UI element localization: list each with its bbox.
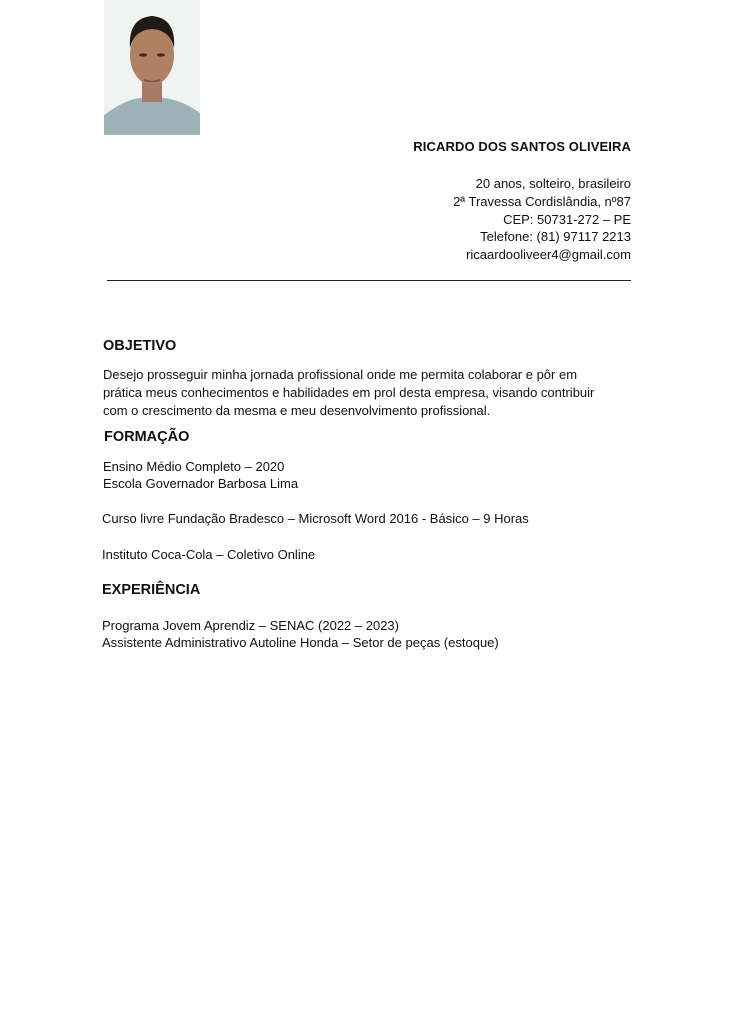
- formacao-item: Instituto Coca-Cola – Coletivo Online: [102, 546, 315, 564]
- formacao-item: Escola Governador Barbosa Lima: [103, 475, 298, 493]
- objetivo-heading: OBJETIVO: [103, 338, 176, 354]
- postal-code: CEP: 50731-272 – PE: [453, 211, 631, 229]
- formacao-heading: FORMAÇÃO: [104, 429, 189, 445]
- phone: Telefone: (81) 97117 2213: [453, 228, 631, 246]
- objetivo-line: prática meus conhecimentos e habilidades…: [103, 384, 594, 402]
- profile-photo: [104, 0, 200, 135]
- experiencia-item: Programa Jovem Aprendiz – SENAC (2022 – …: [102, 617, 399, 635]
- address: 2ª Travessa Cordislândia, nº87: [453, 193, 631, 211]
- experiencia-heading: EXPERIÊNCIA: [102, 582, 200, 598]
- objetivo-line: Desejo prosseguir minha jornada profissi…: [103, 366, 594, 384]
- formacao-item: Curso livre Fundação Bradesco – Microsof…: [102, 510, 529, 528]
- objetivo-text: Desejo prosseguir minha jornada profissi…: [103, 366, 594, 419]
- header-divider: [107, 280, 631, 281]
- objetivo-line: com o crescimento da mesma e meu desenvo…: [103, 402, 594, 420]
- candidate-name: RICARDO DOS SANTOS OLIVEIRA: [413, 139, 631, 154]
- email: ricaardooliveer4@gmail.com: [453, 246, 631, 264]
- experiencia-item: Assistente Administrativo Autoline Honda…: [102, 634, 499, 652]
- formacao-item: Ensino Médio Completo – 2020: [103, 458, 284, 476]
- personal-info: 20 anos, solteiro, brasileiro: [453, 175, 631, 193]
- contact-info: 20 anos, solteiro, brasileiro 2ª Travess…: [453, 175, 631, 264]
